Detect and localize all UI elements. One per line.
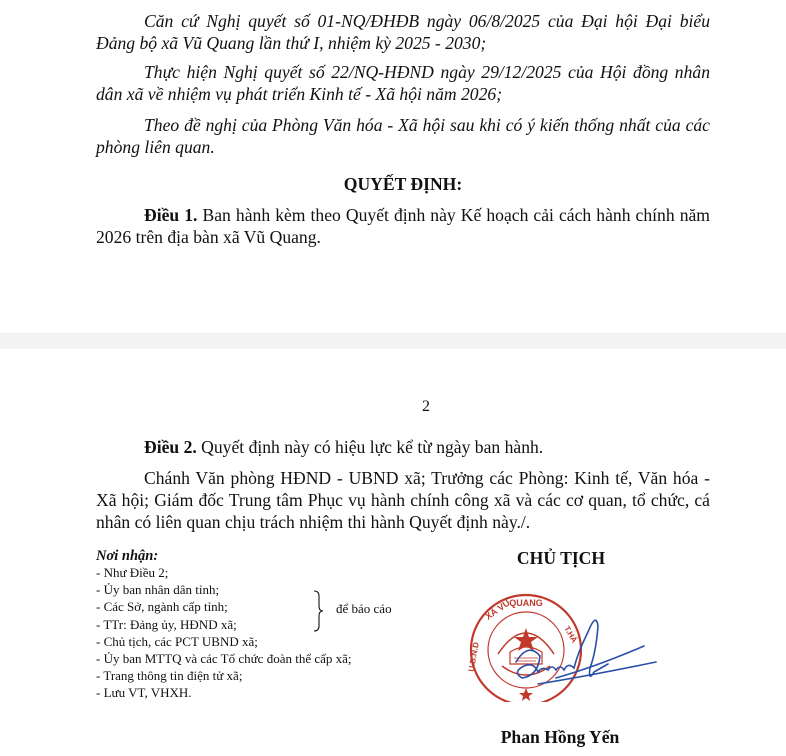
basis-paragraph-2: Thực hiện Nghị quyết số 22/NQ-HĐND ngày … <box>96 61 710 105</box>
document-page-2: 2 Điều 2. Quyết định này có hiệu lực kể … <box>0 349 786 756</box>
article-2: Điều 2. Quyết định này có hiệu lực kể từ… <box>96 436 710 458</box>
page-number: 2 <box>0 398 786 416</box>
basis-paragraph-1: Căn cứ Nghị quyết số 01-NQ/ĐHĐB ngày 06/… <box>96 10 710 54</box>
report-note: để báo cáo <box>336 601 392 617</box>
recipient-item: - Như Điều 2; <box>96 564 352 581</box>
basis-1-text: Căn cứ Nghị quyết số 01-NQ/ĐHĐB ngày 06/… <box>96 11 710 53</box>
curly-brace-icon <box>312 590 324 632</box>
official-stamp-icon: QUANG XÃ VŨ U.B.N.D T.HÀ <box>468 592 668 702</box>
article-2-label: Điều 2. <box>144 437 197 457</box>
recipient-item: - Ủy ban MTTQ và các Tổ chức đoàn thể cấ… <box>96 650 352 667</box>
recipients-title: Nơi nhận: <box>96 548 352 564</box>
article-1: Điều 1. Ban hành kèm theo Quyết định này… <box>96 204 710 248</box>
basis-2-text: Thực hiện Nghị quyết số 22/NQ-HĐND ngày … <box>96 62 710 104</box>
basis-paragraph-3: Theo đề nghị của Phòng Văn hóa - Xã hội … <box>96 114 710 158</box>
recipient-item: - Lưu VT, VHXH. <box>96 684 352 701</box>
article-2-text: Quyết định này có hiệu lực kể từ ngày ba… <box>197 437 543 457</box>
signer-name: Phan Hồng Yến <box>480 727 640 748</box>
svg-text:XÃ VŨ: XÃ VŨ <box>483 598 511 622</box>
svg-text:QUANG: QUANG <box>509 598 543 608</box>
execution-paragraph: Chánh Văn phòng HĐND - UBND xã; Trưởng c… <box>96 467 710 533</box>
basis-3-text: Theo đề nghị của Phòng Văn hóa - Xã hội … <box>96 115 710 157</box>
svg-text:U.B.N.D: U.B.N.D <box>468 641 481 672</box>
page-separator <box>0 333 786 349</box>
decision-heading: QUYẾT ĐỊNH: <box>96 174 710 195</box>
article-1-label: Điều 1. <box>144 205 197 225</box>
signer-title: CHỦ TỊCH <box>500 548 622 569</box>
recipient-item: - Chủ tịch, các PCT UBND xã; <box>96 633 352 650</box>
document-page-1: Căn cứ Nghị quyết số 01-NQ/ĐHĐB ngày 06/… <box>0 0 786 333</box>
recipient-item: - Trang thông tin điện tử xã; <box>96 667 352 684</box>
execution-text: Chánh Văn phòng HĐND - UBND xã; Trưởng c… <box>96 468 710 532</box>
